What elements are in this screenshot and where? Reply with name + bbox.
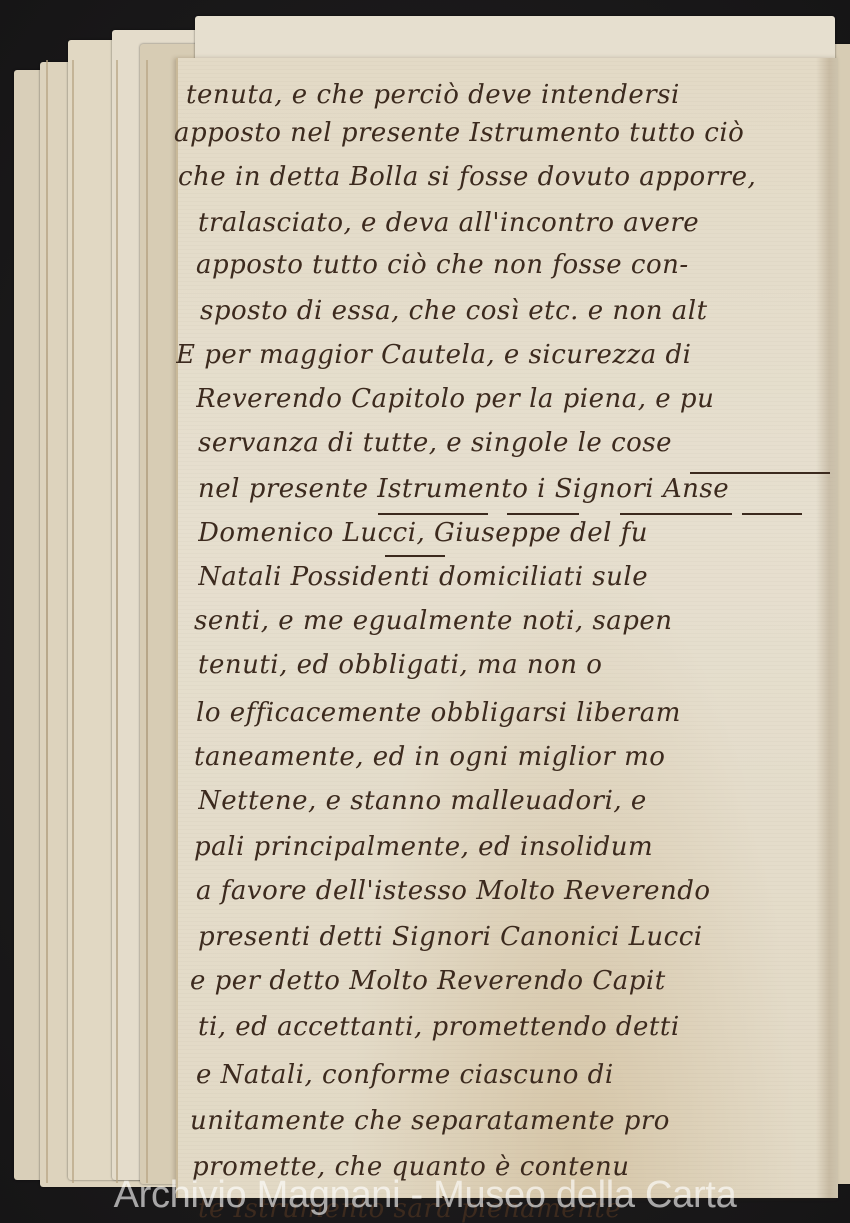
underline-mark [378,513,488,515]
underline-mark [690,472,830,474]
text-line: ti, ed accettanti, promettendo detti [198,1012,850,1042]
page-edge [72,60,74,1183]
text-line: Natali Possidenti domiciliati sule [198,562,850,592]
underline-mark [507,513,579,515]
text-line: e Natali, conforme ciascuno di [196,1060,850,1090]
text-line: servanza di tutte, e singole le cose [198,428,850,458]
text-line: E per maggior Cautela, e sicurezza di [176,340,831,370]
text-line: taneamente, ed in ogni miglior mo [194,742,849,772]
text-line: a favore dell'istesso Molto Reverendo [196,876,850,906]
text-line: unitamente che separatamente pro [190,1106,845,1136]
page-edge [146,60,148,1183]
text-line: apposto tutto ciò che non fosse con- [196,250,850,280]
text-line: tenuta, e che perciò deve intendersi [186,80,841,110]
text-line: tenuti, ed obbligati, ma non o [198,650,850,680]
text-line: tralasciato, e deva all'incontro avere [198,208,850,238]
underline-mark [385,555,445,557]
underline-mark [742,513,802,515]
text-line: presenti detti Signori Canonici Lucci [198,922,850,952]
text-line: apposto nel presente Istrumento tutto ci… [174,118,829,148]
text-line: sposto di essa, che così etc. e non alt [200,296,850,326]
text-line: lo efficacemente obbligarsi liberam [196,698,850,728]
text-line: nel presente Istrumento i Signori Anse [198,474,850,504]
text-line: pali principalmente, ed insolidum [194,832,849,862]
text-line: Nettene, e stanno malleuadori, e [198,786,850,816]
text-line: Domenico Lucci, Giuseppe del fu [198,518,850,548]
page-edge [46,60,48,1183]
text-line: che in detta Bolla si fosse dovuto appor… [178,162,833,192]
text-line: e per detto Molto Reverendo Capit [190,966,845,996]
text-line: senti, e me egualmente noti, sapen [194,606,849,636]
archive-watermark: Archivio Magnani - Museo della Carta [0,1174,850,1217]
page-edge [116,60,118,1183]
underline-mark [620,513,732,515]
text-line: Reverendo Capitolo per la piena, e pu [196,384,850,414]
